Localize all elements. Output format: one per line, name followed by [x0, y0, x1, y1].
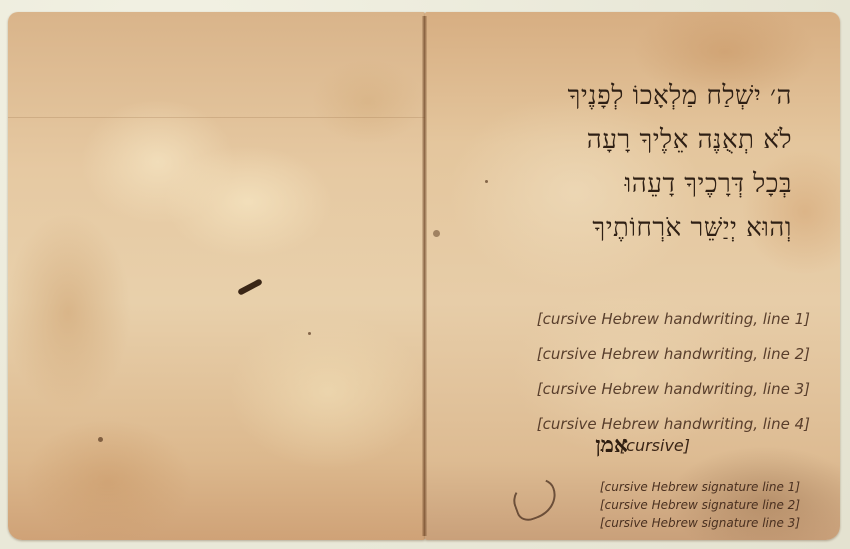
handwritten-line: [cursive Hebrew handwriting, line 1] — [537, 302, 810, 337]
signature-line: [cursive Hebrew signature line 1] — [600, 478, 800, 496]
signature-block: [cursive Hebrew signature line 1] [cursi… — [600, 478, 800, 532]
verse-line: לֹא תְאֻנֶּה אֵלֶיךָ רָעָה — [568, 118, 792, 162]
amen-word: אמן — [595, 432, 628, 458]
manuscript-spread: ה׳ יִשְׁלַח מַלְאָכוֹ לְפָנֶיךָ לֹא תְאֻ… — [8, 12, 840, 540]
stain-spot — [433, 230, 440, 237]
signature-line: [cursive Hebrew signature line 2] — [600, 496, 800, 514]
spine-fold — [422, 16, 427, 536]
fold-crease — [8, 117, 425, 118]
verse-line: בְּכָל דְּרָכֶיךָ דָעֵהוּ — [568, 162, 792, 206]
stain-spot — [308, 332, 311, 335]
handwritten-text: [cursive Hebrew handwriting, line 1] [cu… — [537, 302, 810, 442]
printed-verses: ה׳ יִשְׁלַח מַלְאָכוֹ לְפָנֶיךָ לֹא תְאֻ… — [568, 74, 792, 250]
ink-mark — [237, 278, 263, 296]
stain-spot — [98, 437, 103, 442]
verse-line: ה׳ יִשְׁלַח מַלְאָכוֹ לְפָנֶיךָ — [568, 74, 792, 118]
left-page — [8, 12, 425, 540]
handwritten-line: [cursive Hebrew handwriting, line 3] — [537, 372, 810, 407]
signature-line: [cursive Hebrew signature line 3] — [600, 514, 800, 532]
verse-line: וְהוּא יְיַשֵּׁר אֹרְחוֹתֶיךָ — [568, 206, 792, 250]
handwritten-line: [cursive Hebrew handwriting, line 2] — [537, 337, 810, 372]
stain-spot — [485, 180, 488, 183]
